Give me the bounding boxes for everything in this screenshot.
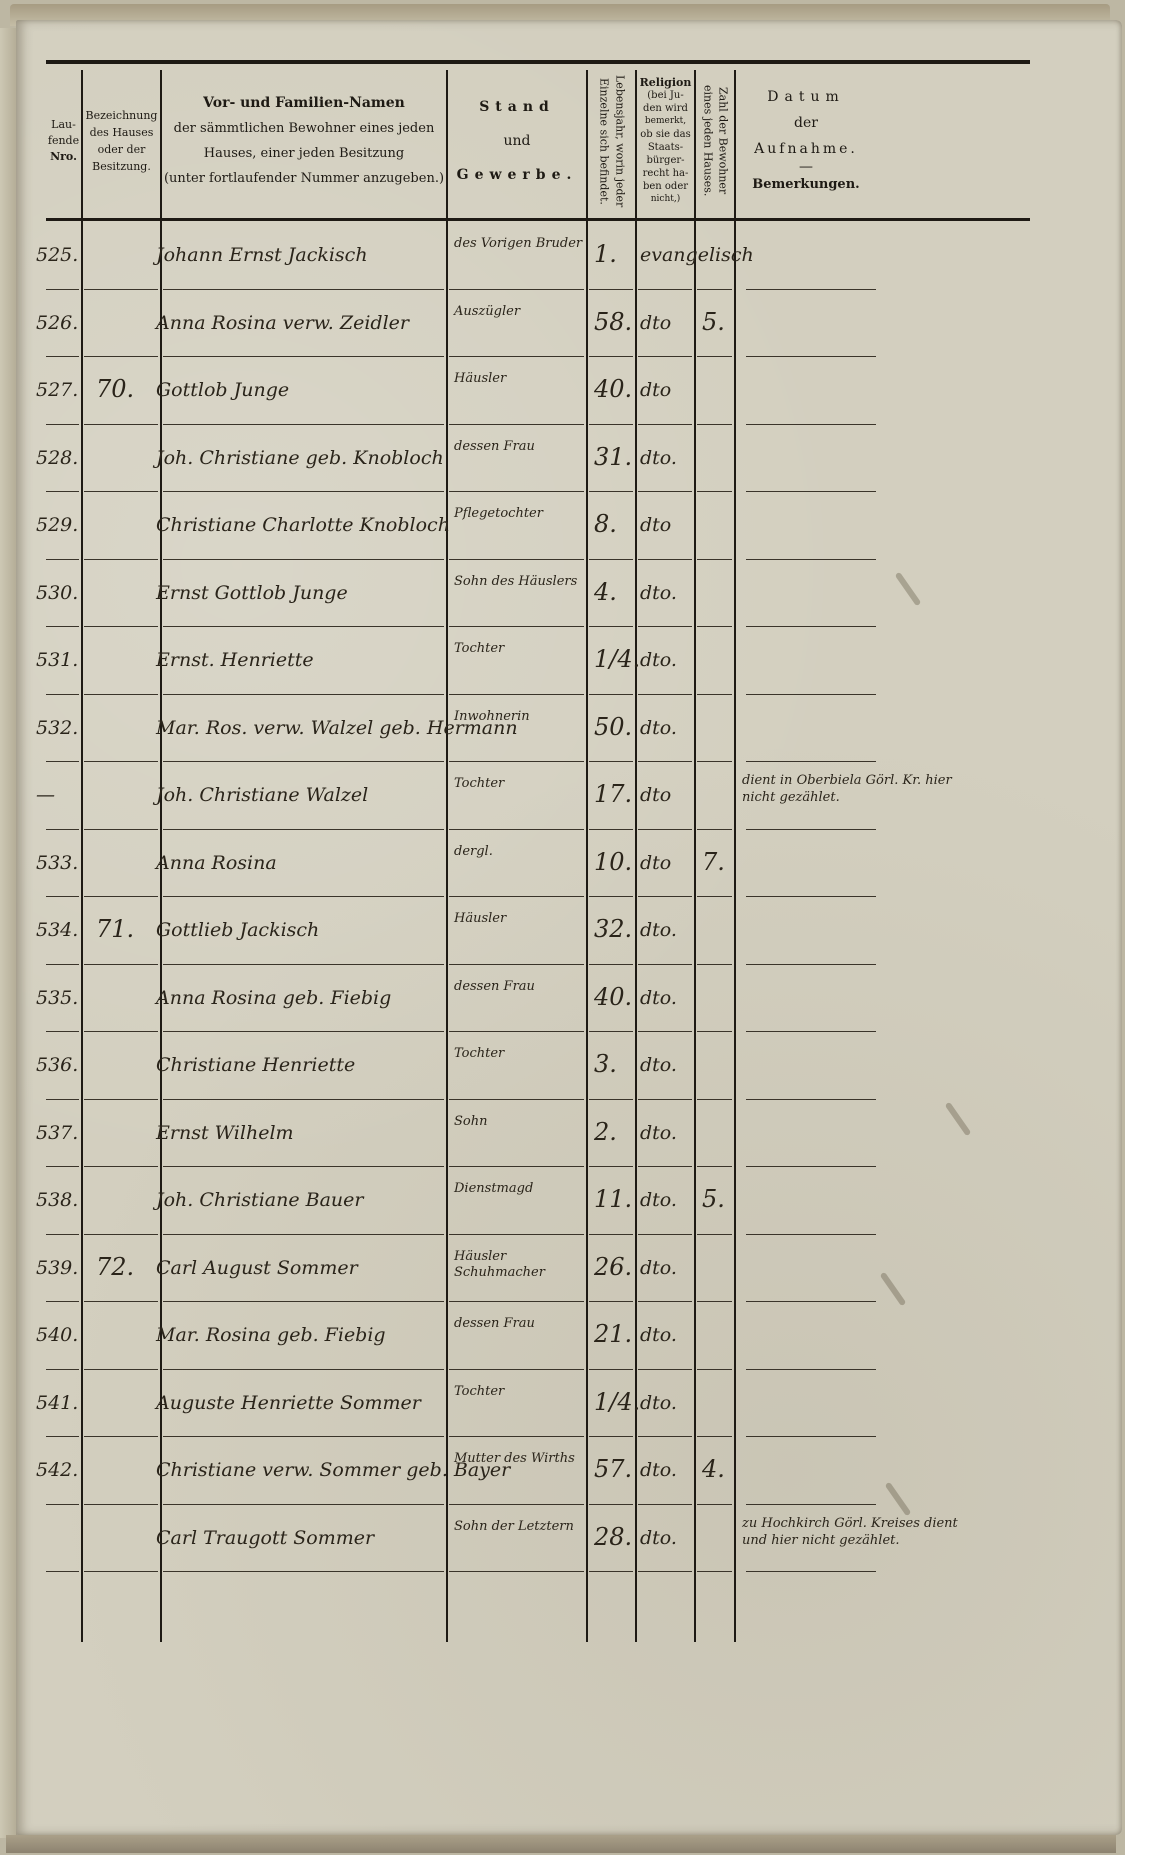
header-text: Besitzung. (92, 158, 151, 175)
table-row: 532.Mar. Ros. verw. Walzel geb. HermannI… (46, 695, 1030, 763)
religion: dto. (640, 1527, 677, 1549)
running-number: 532. (36, 717, 78, 739)
running-number: 529. (36, 514, 78, 536)
religion: dto. (640, 1324, 677, 1346)
header-text: der sämmtlichen Bewohner eines jeden (174, 116, 435, 141)
header-text: Nro. (50, 149, 77, 165)
status-occupation: Auszügler (454, 304, 584, 320)
resident-name: Joh. Christiane Bauer (156, 1189, 363, 1211)
resident-name: Anna Rosina geb. Fiebig (156, 987, 391, 1009)
status-occupation: Pflegetochter (454, 506, 584, 522)
age: 1. (594, 240, 617, 268)
table-row: 531.Ernst. HenrietteTochter1/4.dto. (46, 627, 1030, 695)
table-row: 538.Joh. Christiane BauerDienstmagd11.dt… (46, 1167, 1030, 1235)
row-separator (84, 1571, 158, 1572)
table-row: —Joh. Christiane WalzelTochter17.dtodien… (46, 762, 1030, 830)
header-text: Gewerbe. (457, 158, 578, 192)
header-text: ben oder (643, 180, 688, 193)
age: 2. (594, 1118, 617, 1146)
status-occupation: Häusler (454, 371, 584, 387)
table-row: 525.Johann Ernst Jackischdes Vorigen Bru… (46, 222, 1030, 290)
header-bottom-rule (46, 218, 1030, 221)
table-row: 541.Auguste Henriette SommerTochter1/4.d… (46, 1370, 1030, 1438)
status-occupation: Häusler (454, 911, 584, 927)
resident-name: Anna Rosina verw. Zeidler (156, 312, 409, 334)
age: 11. (594, 1185, 632, 1213)
header-text: nicht,) (651, 193, 681, 206)
house-number: 72. (96, 1253, 134, 1281)
running-number: 527. (36, 379, 78, 401)
status-occupation: Tochter (454, 1384, 584, 1400)
running-number: 528. (36, 447, 78, 469)
header-text: oder der (98, 141, 146, 158)
resident-name: Gottlieb Jackisch (156, 919, 319, 941)
age: 32. (594, 915, 632, 943)
table-row: 535.Anna Rosina geb. Fiebigdessen Frau40… (46, 965, 1030, 1033)
age: 31. (594, 443, 632, 471)
resident-name: Johann Ernst Jackisch (156, 244, 368, 266)
resident-name: Ernst Wilhelm (156, 1122, 294, 1144)
header-text: recht ha- (643, 167, 689, 180)
table-row: 537.Ernst WilhelmSohn2.dto. (46, 1100, 1030, 1168)
religion: dto. (640, 582, 677, 604)
header-text: Stand (479, 90, 555, 124)
facing-page-edge (0, 28, 17, 1838)
header-religion: Religion (bei Ju- den wird bemerkt, ob s… (637, 66, 694, 216)
header-text: bürger- (646, 154, 684, 167)
header-resident-count: eines jeden Hauses. Zahl der Bewohner (696, 66, 734, 216)
header-text: der (794, 110, 818, 136)
table-row: 533.Anna Rosinadergl.10.dto7. (46, 830, 1030, 898)
header-text: (bei Ju- (647, 89, 683, 102)
header-text: des Hauses (90, 124, 154, 141)
age: 10. (594, 848, 632, 876)
header-running-number: Lau- fende Nro. (46, 66, 81, 216)
table-row: 540.Mar. Rosina geb. Fiebigdessen Frau21… (46, 1302, 1030, 1370)
header-text: Staats- (648, 141, 683, 154)
running-number: — (36, 784, 55, 806)
table-row: 539.72.Carl August SommerHäusler Schuhma… (46, 1235, 1030, 1303)
resident-name: Joh. Christiane geb. Knobloch (156, 447, 444, 469)
house-number: 70. (96, 375, 134, 403)
header-names: Vor- und Familien-Namen der sämmtlichen … (162, 66, 446, 216)
age: 8. (594, 510, 617, 538)
running-number: 542. (36, 1459, 78, 1481)
table-row: 530.Ernst Gottlob JungeSohn des Häuslers… (46, 560, 1030, 628)
header-text: Datum (767, 84, 845, 110)
age: 50. (594, 713, 632, 741)
header-text: Zahl der Bewohner (716, 87, 730, 194)
age: 57. (594, 1455, 632, 1483)
header-text: (unter fortlaufender Nummer anzugeben.) (164, 166, 444, 191)
status-occupation: des Vorigen Bruder (454, 236, 584, 252)
top-rule (46, 60, 1030, 64)
running-number: 539. (36, 1257, 78, 1279)
header-title: Vor- und Familien-Namen (203, 91, 405, 116)
table-row: 542.Christiane verw. Sommer geb. BayerMu… (46, 1437, 1030, 1505)
age: 1/4. (594, 1388, 640, 1416)
header-text: Religion (640, 76, 692, 89)
religion: dto (640, 312, 671, 334)
religion: dto. (640, 919, 677, 941)
religion: dto (640, 784, 671, 806)
header-text: den wird (643, 102, 688, 115)
household-count: 7. (702, 848, 725, 876)
header-text: Lau- (51, 117, 76, 133)
running-number: 536. (36, 1054, 78, 1076)
table-row: 527.70.Gottlob JungeHäusler40.dto (46, 357, 1030, 425)
running-number: 534. (36, 919, 78, 941)
running-number: 533. (36, 852, 78, 874)
resident-name: Ernst. Henriette (156, 649, 314, 671)
remark: dient in Oberbiela Görl. Kr. hier nicht … (742, 772, 962, 806)
religion: dto (640, 514, 671, 536)
status-occupation: Sohn des Häuslers (454, 574, 584, 590)
header-text: Einzelne sich befindet. (597, 78, 611, 205)
resident-name: Gottlob Junge (156, 379, 289, 401)
running-number: 530. (36, 582, 78, 604)
header-text: Lebensjahr, worin jeder (613, 75, 627, 207)
resident-name: Christiane Henriette (156, 1054, 355, 1076)
running-number: 525. (36, 244, 78, 266)
table-row: 529.Christiane Charlotte KnoblochPfleget… (46, 492, 1030, 560)
running-number: 541. (36, 1392, 78, 1414)
age: 3. (594, 1050, 617, 1078)
status-occupation: dessen Frau (454, 439, 584, 455)
age: 40. (594, 983, 632, 1011)
row-separator (589, 1571, 633, 1572)
age: 26. (594, 1253, 632, 1281)
header-age: Einzelne sich befindet. Lebensjahr, wori… (588, 66, 635, 216)
table-row: 526.Anna Rosina verw. ZeidlerAuszügler58… (46, 290, 1030, 358)
age: 28. (594, 1523, 632, 1551)
row-separator (163, 1571, 444, 1572)
header-text: fende (48, 133, 79, 149)
remark: zu Hochkirch Görl. Kreises dient und hie… (742, 1515, 962, 1549)
running-number: 540. (36, 1324, 78, 1346)
row-separator (697, 1571, 732, 1572)
age: 4. (594, 578, 617, 606)
resident-name: Christiane Charlotte Knobloch (156, 514, 450, 536)
status-occupation: Häusler Schuhmacher (454, 1249, 584, 1281)
running-number: 537. (36, 1122, 78, 1144)
resident-name: Ernst Gottlob Junge (156, 582, 348, 604)
header-text: Hauses, einer jeden Besitzung (204, 141, 404, 166)
age: 40. (594, 375, 632, 403)
header-text: Bemerkungen. (752, 172, 859, 198)
row-separator (449, 1571, 584, 1572)
religion: evangelisch (640, 244, 754, 266)
row-separator (746, 1571, 876, 1572)
table-row: 536.Christiane HenrietteTochter3.dto. (46, 1032, 1030, 1100)
age: 17. (594, 780, 632, 808)
status-occupation: Sohn der Letztern (454, 1519, 584, 1535)
religion: dto. (640, 1459, 677, 1481)
resident-name: Mar. Rosina geb. Fiebig (156, 1324, 386, 1346)
row-separator (46, 1571, 79, 1572)
status-occupation: Tochter (454, 1046, 584, 1062)
status-occupation: Tochter (454, 641, 584, 657)
status-occupation: Inwohnerin (454, 709, 584, 725)
religion: dto. (640, 1257, 677, 1279)
header-text: ob sie das (640, 128, 691, 141)
age: 1/4. (594, 645, 640, 673)
header-text: bemerkt, (645, 115, 686, 128)
religion: dto (640, 379, 671, 401)
header-text: eines jeden Hauses. (701, 85, 715, 196)
religion: dto. (640, 987, 677, 1009)
status-occupation: Dienstmagd (454, 1181, 584, 1197)
header-text: Bezeichnung (86, 107, 158, 124)
status-occupation: dergl. (454, 844, 584, 860)
religion: dto. (640, 1122, 677, 1144)
page-stack-bottom-edge (6, 1835, 1116, 1853)
running-number: 526. (36, 312, 78, 334)
religion: dto. (640, 1189, 677, 1211)
religion: dto. (640, 649, 677, 671)
resident-name: Carl August Sommer (156, 1257, 358, 1279)
religion: dto. (640, 1054, 677, 1076)
running-number: 535. (36, 987, 78, 1009)
status-occupation: Sohn (454, 1114, 584, 1130)
table-row: Carl Traugott SommerSohn der Letztern28.… (46, 1505, 1030, 1573)
header-date-remarks: Datum der Aufnahme. — Bemerkungen. (736, 66, 876, 216)
religion: dto. (640, 717, 677, 739)
resident-name: Joh. Christiane Walzel (156, 784, 368, 806)
age: 21. (594, 1320, 632, 1348)
status-occupation: Tochter (454, 776, 584, 792)
religion: dto. (640, 1392, 677, 1414)
table-row: 528.Joh. Christiane geb. Knoblochdessen … (46, 425, 1030, 493)
household-count: 5. (702, 308, 725, 336)
status-occupation: Mutter des Wirths (454, 1451, 584, 1467)
running-number: 538. (36, 1189, 78, 1211)
age: 58. (594, 308, 632, 336)
header-text: und (504, 124, 531, 158)
resident-name: Anna Rosina (156, 852, 277, 874)
religion: dto. (640, 447, 677, 469)
status-occupation: dessen Frau (454, 979, 584, 995)
header-house-designation: Bezeichnung des Hauses oder der Besitzun… (83, 66, 160, 216)
religion: dto (640, 852, 671, 874)
house-number: 71. (96, 915, 134, 943)
household-count: 5. (702, 1185, 725, 1213)
table-header: Lau- fende Nro. Bezeichnung des Hauses o… (46, 66, 1030, 216)
household-count: 4. (702, 1455, 725, 1483)
table-row: 534.71.Gottlieb JackischHäusler32.dto. (46, 897, 1030, 965)
running-number: 531. (36, 649, 78, 671)
status-occupation: dessen Frau (454, 1316, 584, 1332)
header-status-occupation: Stand und Gewerbe. (448, 66, 586, 216)
header-text: — (799, 162, 813, 172)
resident-name: Auguste Henriette Sommer (156, 1392, 421, 1414)
resident-name: Carl Traugott Sommer (156, 1527, 374, 1549)
row-separator (638, 1571, 692, 1572)
